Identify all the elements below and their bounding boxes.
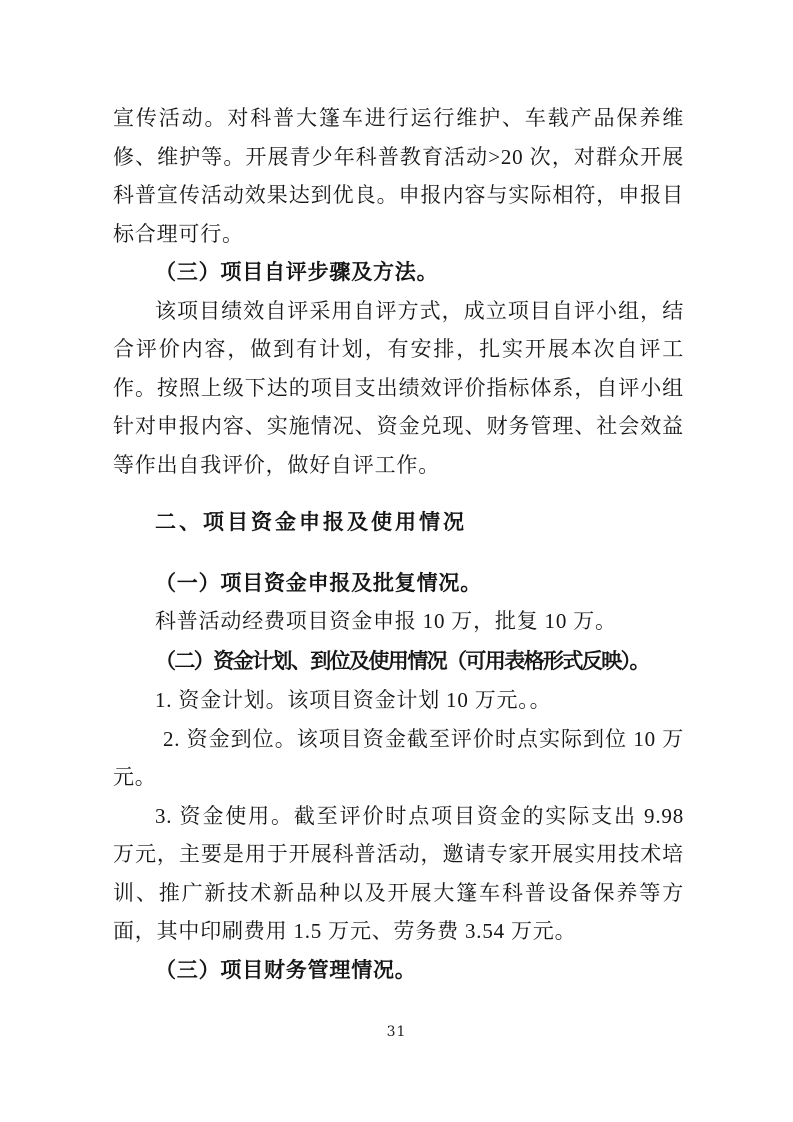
document-page: 宣传活动。对科普大篷车进行运行维护、车载产品保养维修、维护等。开展青少年科普教育…: [0, 0, 793, 1122]
section-heading-project-funds: 二、项目资金申报及使用情况: [113, 504, 684, 543]
subsection-heading-self-evaluation-method: （三）项目自评步骤及方法。: [113, 253, 684, 292]
numbered-item-2: 2. 资金到位。该项目资金截至评价时点实际到位 10 万元。: [113, 720, 684, 797]
numbered-item-3: 3. 资金使用。截至评价时点项目资金的实际支出 9.98 万元，主要是用于开展科…: [113, 797, 684, 951]
subsection-heading-financial-management: （三）项目财务管理情况。: [113, 951, 684, 990]
body-paragraph: 该项目绩效自评采用自评方式，成立项目自评小组，结合评价内容，做到有计划，有安排，…: [113, 292, 684, 485]
document-content: 宣传活动。对科普大篷车进行运行维护、车载产品保养维修、维护等。开展青少年科普教育…: [113, 99, 684, 989]
body-paragraph: 宣传活动。对科普大篷车进行运行维护、车载产品保养维修、维护等。开展青少年科普教育…: [113, 99, 684, 253]
body-paragraph: 科普活动经费项目资金申报 10 万，批复 10 万。: [113, 602, 684, 641]
numbered-item-1: 1. 资金计划。该项目资金计划 10 万元。。: [113, 681, 684, 720]
page-number: 31: [0, 1024, 793, 1040]
subsection-heading-fund-declaration: （一）项目资金申报及批复情况。: [113, 564, 684, 603]
subsection-heading-fund-plan-usage: （二）资金计划、到位及使用情况（可用表格形式反映）。: [113, 643, 684, 682]
